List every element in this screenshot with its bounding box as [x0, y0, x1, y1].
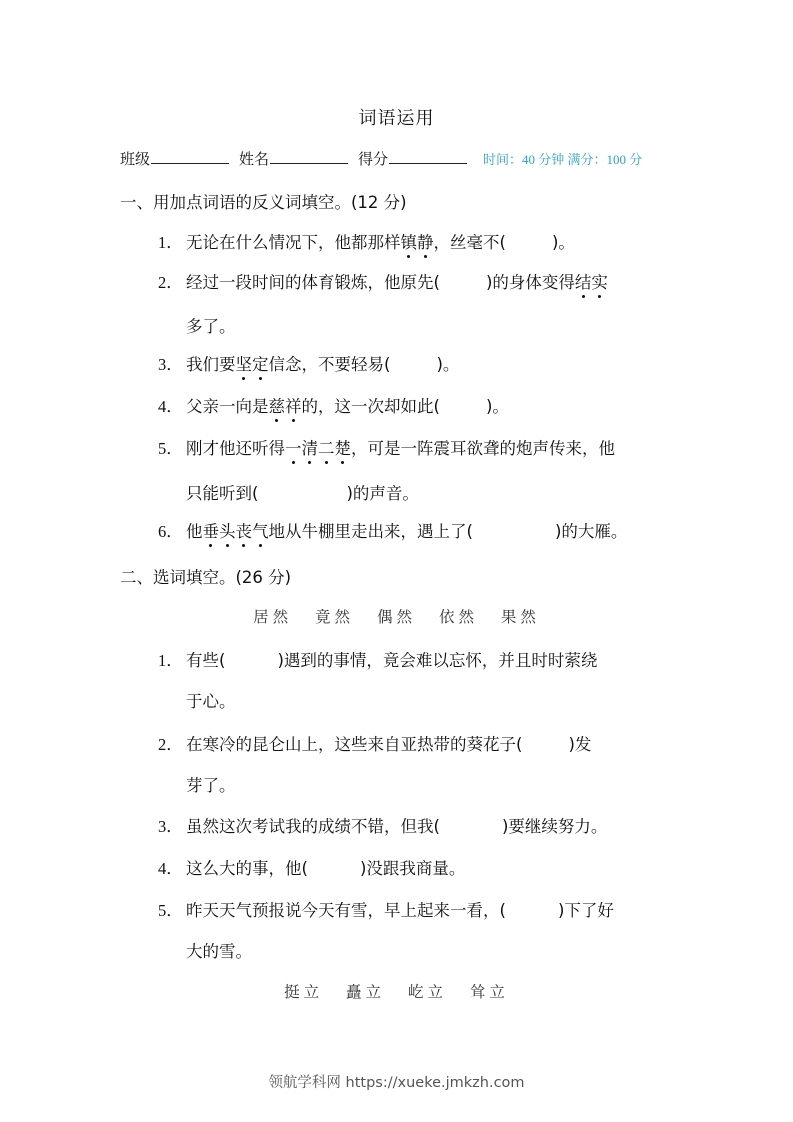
- footer-watermark: 领航学科网 https://xueke.jmkzh.com: [0, 1071, 793, 1092]
- name-label: 姓名: [239, 148, 269, 169]
- question-number: 5．: [158, 897, 186, 921]
- s2-question-1-continuation: 于心。: [186, 688, 236, 712]
- word-option: 挺立: [284, 983, 323, 1001]
- question-number: 3．: [158, 351, 186, 375]
- question-text: )遇到的事情，竟会难以忘怀，并且时时萦绕: [277, 651, 597, 670]
- question-text: 虽然这次考试我的成绩不错，但我(: [186, 817, 440, 836]
- question-text: )的大雁。: [555, 522, 627, 541]
- question-text: 有些(: [186, 651, 225, 670]
- question-text: 无论在什么情况下，他都那样: [186, 233, 401, 252]
- dotted-char: 祥: [285, 393, 302, 417]
- class-label: 班级: [120, 148, 150, 169]
- word-bank-1: 居然 竟然 偶然 依然 果然: [0, 605, 793, 627]
- s1-question-3: 3．我们要坚定信念，不要轻易()。: [158, 351, 459, 375]
- question-text: )的声音。: [346, 484, 418, 503]
- question-number: 1．: [158, 229, 186, 253]
- question-number: 1．: [158, 647, 186, 671]
- s1-question-4: 4．父亲一向是慈祥的，这一次却如此()。: [158, 393, 509, 417]
- question-text: 信念，不要轻易(: [269, 355, 391, 374]
- s2-question-3: 3．虽然这次考试我的成绩不错，但我()要继续努力。: [158, 813, 607, 837]
- class-blank[interactable]: [151, 149, 229, 164]
- question-text: 的，这一次却如此(: [302, 397, 440, 416]
- s2-question-2: 2．在寒冷的昆仑山上，这些来自亚热带的葵花子()发: [158, 731, 591, 755]
- dotted-char: 结: [575, 269, 592, 293]
- dotted-char: 丧: [236, 518, 253, 542]
- question-number: 4．: [158, 393, 186, 417]
- dotted-char: 头: [219, 518, 236, 542]
- dotted-char: 气: [252, 518, 269, 542]
- question-text: )。: [552, 233, 575, 252]
- word-option: 矗立: [346, 983, 385, 1001]
- s1-question-5: 5．刚才他还听得一清二楚，可是一阵震耳欲聋的炮声传来，他: [158, 435, 615, 459]
- question-number: 6．: [158, 518, 186, 542]
- question-text: 父亲一向是: [186, 397, 269, 416]
- word-option: 依然: [439, 608, 478, 626]
- dotted-char: 坚: [236, 351, 253, 375]
- s2-question-5-continuation: 大的雪。: [186, 938, 252, 962]
- s2-question-5: 5．昨天天气预报说今天有雪，早上起来一看，()下了好: [158, 897, 614, 921]
- question-text: ，丝毫不(: [434, 233, 506, 252]
- question-text: 地从牛棚里走出来，遇上了(: [269, 522, 473, 541]
- score-blank[interactable]: [389, 149, 467, 164]
- time-score-info: 时间：40 分钟 满分：100 分: [483, 149, 642, 168]
- word-bank-2: 挺立 矗立 屹立 耸立: [0, 980, 793, 1002]
- question-text: )。: [436, 355, 459, 374]
- question-text: ，可是一阵震耳欲聋的炮声传来，他: [351, 439, 615, 458]
- dotted-char: 楚: [335, 435, 352, 459]
- question-text: 只能听到(: [186, 484, 258, 503]
- question-text: 这么大的事，他(: [186, 859, 308, 878]
- question-number: 5．: [158, 435, 186, 459]
- section2-title: 二、选词填空。(26 分): [120, 564, 291, 588]
- s2-question-4: 4．这么大的事，他()没跟我商量。: [158, 855, 465, 879]
- section1-title: 一、用加点词语的反义词填空。(12 分): [120, 189, 407, 213]
- s2-question-1: 1．有些()遇到的事情，竟会难以忘怀，并且时时萦绕: [158, 647, 597, 671]
- s1-question-6: 6．他垂头丧气地从牛棚里走出来，遇上了()的大雁。: [158, 518, 627, 542]
- word-option: 耸立: [470, 983, 509, 1001]
- page-title: 词语运用: [0, 104, 793, 130]
- word-option: 竟然: [315, 608, 354, 626]
- s1-question-2-continuation: 多了。: [186, 313, 236, 337]
- question-text: 我们要: [186, 355, 236, 374]
- question-number: 3．: [158, 813, 186, 837]
- score-label: 得分: [358, 148, 388, 169]
- dotted-char: 慈: [269, 393, 286, 417]
- question-text: 昨天天气预报说今天有雪，早上起来一看，(: [186, 901, 506, 920]
- question-number: 4．: [158, 855, 186, 879]
- s2-question-2-continuation: 芽了。: [186, 772, 236, 796]
- question-text: )下了好: [558, 901, 614, 920]
- class-field: 班级: [120, 148, 229, 169]
- dotted-char: 一: [285, 435, 302, 459]
- student-info-row: 班级 姓名 得分 时间：40 分钟 满分：100 分: [120, 148, 642, 169]
- worksheet-page: 词语运用 班级 姓名 得分 时间：40 分钟 满分：100 分 一、用加点词语的…: [0, 0, 793, 1122]
- word-option: 偶然: [377, 608, 416, 626]
- word-option: 果然: [501, 608, 540, 626]
- question-text: 在寒冷的昆仑山上，这些来自亚热带的葵花子(: [186, 735, 522, 754]
- dotted-char: 静: [417, 229, 434, 253]
- dotted-char: 镇: [401, 229, 418, 253]
- dotted-char: 垂: [203, 518, 220, 542]
- word-option: 屹立: [408, 983, 447, 1001]
- s1-question-2: 2．经过一段时间的体育锻炼，他原先()的身体变得结实: [158, 269, 608, 293]
- dotted-char: 清: [302, 435, 319, 459]
- question-text: )没跟我商量。: [360, 859, 465, 878]
- question-number: 2．: [158, 269, 186, 293]
- s1-question-1: 1．无论在什么情况下，他都那样镇静，丝毫不()。: [158, 229, 575, 253]
- question-number: 2．: [158, 731, 186, 755]
- dotted-char: 定: [252, 351, 269, 375]
- question-text: )要继续努力。: [502, 817, 607, 836]
- dotted-char: 二: [318, 435, 335, 459]
- dotted-char: 实: [591, 269, 608, 293]
- name-field: 姓名: [239, 148, 348, 169]
- score-field: 得分: [358, 148, 467, 169]
- question-text: )发: [568, 735, 591, 754]
- s1-question-5-continuation: 只能听到()的声音。: [186, 480, 419, 504]
- question-text: 刚才他还听得: [186, 439, 285, 458]
- question-text: 经过一段时间的体育锻炼，他原先(: [186, 273, 440, 292]
- name-blank[interactable]: [270, 149, 348, 164]
- question-text: 他: [186, 522, 203, 541]
- question-text: )的身体变得: [486, 273, 575, 292]
- question-text: )。: [486, 397, 509, 416]
- word-option: 居然: [253, 608, 292, 626]
